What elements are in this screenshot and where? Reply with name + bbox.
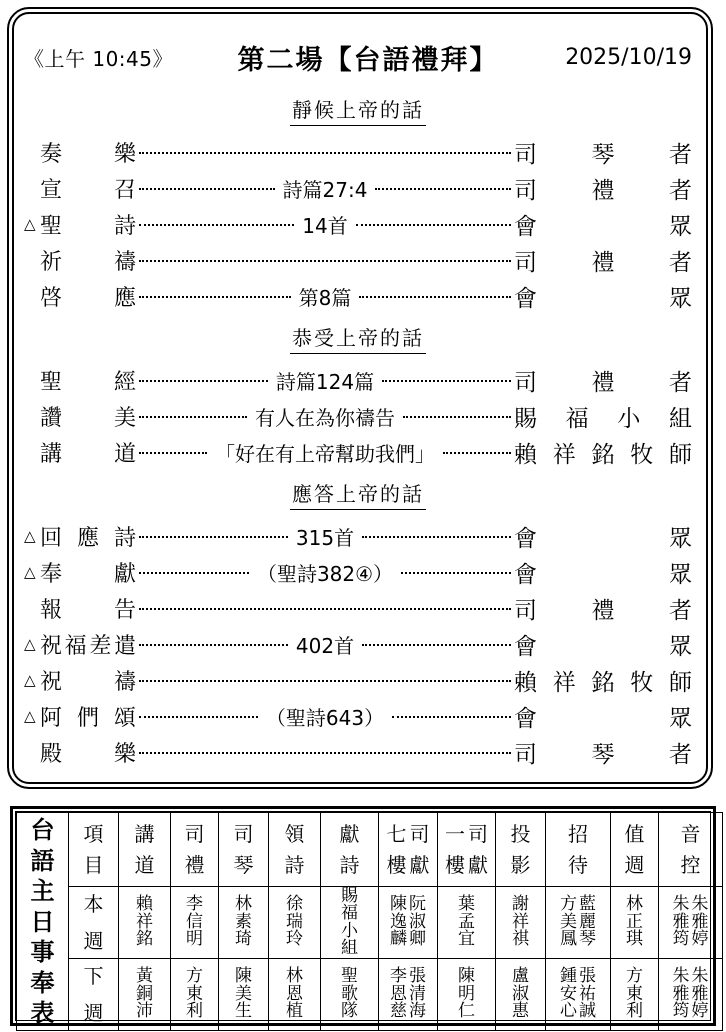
duty-cell-names: 方東利	[611, 968, 658, 1021]
section-heading: 應答上帝的話	[290, 478, 426, 510]
program-item-label-char: 奏	[40, 137, 62, 168]
section-heading-row: 恭受上帝的話	[24, 314, 692, 362]
service-time: 《上午 10:45》	[24, 43, 194, 72]
program-item-assignee-char: 會	[514, 280, 537, 313]
program-item-label-char: 樂	[114, 737, 136, 768]
program-item-label-char: 道	[114, 437, 136, 468]
duty-cell: 方東利	[171, 959, 219, 1031]
program-box: 《上午 10:45》 第二場【台語禮拜】 2025/10/19 靜候上帝的話奏樂…	[7, 7, 713, 789]
duty-header-label: 招待	[546, 819, 610, 881]
duty-table: 台語主日事奉表項目講道司禮司琴領詩獻詩七樓司獻一樓司獻投影招待值週音控本週賴祥銘…	[16, 812, 723, 1031]
duty-header-char: 音	[681, 819, 701, 850]
program-line-middle: （聖詩382④）	[136, 558, 514, 587]
duty-header-label-col: 招待	[568, 819, 588, 881]
duty-person-name: 賴祥銘	[136, 896, 153, 949]
program-item-label-char: 禱	[114, 245, 136, 276]
duty-cell-names: 林素琦	[219, 896, 268, 949]
program-item-label-char: 美	[114, 401, 136, 432]
duty-cell-names: 陳美生	[219, 968, 268, 1021]
program-item-label: 聖詩	[40, 209, 136, 240]
dotted-leader	[401, 572, 511, 574]
dotted-leader	[139, 380, 268, 382]
program-item-label-char: 阿	[40, 701, 62, 732]
duty-cell-names: 黃銅沛	[119, 968, 170, 1021]
duty-header-char: 控	[681, 850, 701, 881]
program-item-assignee-char: 者	[669, 172, 692, 205]
program-item-label: 聖經	[40, 365, 136, 396]
program-line-middle: 詩篇27:4	[136, 174, 514, 203]
program-item-label: 祈禱	[40, 245, 136, 276]
duty-header-cell: 司琴	[219, 813, 269, 887]
duty-cell: 謝祥祺	[496, 887, 546, 959]
program-item-label-char: 詩	[114, 209, 136, 240]
duty-person-name: 李恩慈	[390, 968, 407, 1021]
duty-header-label-col: 領詩	[285, 819, 305, 881]
program-item-assignee: 司禮者	[514, 172, 692, 205]
program-item-label-char: 經	[114, 365, 136, 396]
duty-person-name-char: 植	[286, 1003, 303, 1021]
duty-row-label-char: 週	[84, 931, 104, 951]
duty-header-char: 司	[410, 819, 430, 850]
duty-cell-names: 藍麗琴方美鳳	[546, 896, 610, 949]
duty-person-name-char: 福	[341, 905, 358, 923]
duty-header-label-col: 音控	[681, 819, 701, 881]
duty-header-cell: 領詩	[269, 813, 321, 887]
duty-table-box-inner: 台語主日事奉表項目講道司禮司琴領詩獻詩七樓司獻一樓司獻投影招待值週音控本週賴祥銘…	[15, 811, 711, 1021]
duty-person-name: 方美鳳	[560, 896, 577, 949]
program-item-label-char: 召	[114, 173, 136, 204]
dotted-leader	[356, 224, 511, 226]
duty-row-label-char: 下	[84, 966, 104, 986]
duty-header-char: 琴	[234, 850, 254, 881]
program-item-assignee-char: 眾	[669, 556, 692, 589]
program-item-label-char: 祝	[40, 665, 62, 696]
dotted-leader	[375, 188, 511, 190]
program-item-detail: 詩篇27:4	[278, 174, 373, 203]
duty-person-name: 方東利	[186, 968, 203, 1021]
program-item-label: 奉獻	[40, 557, 136, 588]
program-item-assignee-char: 會	[514, 628, 537, 661]
program-header: 《上午 10:45》 第二場【台語禮拜】 2025/10/19	[24, 28, 692, 86]
duty-person-name: 朱雅婷	[692, 896, 709, 949]
program-item-assignee-char: 牧	[630, 436, 653, 469]
program-item-assignee-char: 司	[514, 736, 537, 769]
duty-header-label: 項目	[69, 819, 118, 881]
program-item-label: 回應詩	[40, 521, 136, 552]
dotted-leader	[139, 452, 207, 454]
duty-person-name-char: 婷	[692, 931, 709, 949]
duty-cell: 朱雅婷朱雅筠	[659, 959, 723, 1031]
program-item-assignee-char: 會	[514, 700, 537, 733]
program-item-assignee: 司禮者	[514, 244, 692, 277]
program-item-label-char: 聖	[40, 365, 62, 396]
program-item-label-char: 詩	[114, 521, 136, 552]
program-line: 祈禱司禮者	[24, 242, 692, 278]
program-item-assignee: 賴祥銘牧師	[514, 664, 692, 697]
duty-header-char: 獻	[468, 850, 488, 881]
duty-header-cell: 招待	[546, 813, 611, 887]
duty-cell: 李信明	[171, 887, 219, 959]
duty-header-char: 目	[84, 850, 104, 881]
duty-cell-names: 賜福小組	[321, 888, 378, 958]
program-line: 講道「好在有上帝幫助我們」賴祥銘牧師	[24, 434, 692, 470]
duty-person-name-char: 銘	[136, 931, 153, 949]
duty-header-label: 七樓司獻	[379, 819, 437, 881]
duty-row-label-cell: 本週	[69, 887, 119, 959]
duty-cell: 林正琪	[611, 887, 659, 959]
program-item-assignee: 賴祥銘牧師	[514, 436, 692, 469]
program-line-middle	[136, 607, 514, 609]
duty-person-name: 聖歌隊	[341, 968, 358, 1021]
program-item-label-char: 告	[114, 593, 136, 624]
program-line: 聖經詩篇124篇司禮者	[24, 362, 692, 398]
duty-header-cell: 七樓司獻	[379, 813, 438, 887]
duty-header-label-col: 司禮	[185, 819, 205, 881]
duty-cell-names: 方東利	[171, 968, 218, 1021]
program-item-assignee-char: 師	[669, 664, 692, 697]
program-line-middle: 315首	[136, 522, 514, 551]
duty-header-cell: 獻詩	[321, 813, 379, 887]
duty-table-title-char: 主	[31, 879, 55, 903]
program-item-label: 祝福差遣	[40, 629, 136, 660]
dotted-leader	[139, 716, 258, 718]
program-item-assignee-char: 組	[669, 400, 692, 433]
program-item-label-char: 聖	[40, 209, 62, 240]
duty-table-title-char: 語	[31, 849, 55, 873]
program-item-detail: 詩篇124篇	[271, 366, 379, 395]
duty-cell-names: 聖歌隊	[321, 968, 378, 1021]
dotted-leader	[139, 644, 288, 646]
program-item-label: 報告	[40, 593, 136, 624]
duty-header-label-col: 講道	[135, 819, 155, 881]
program-item-label-char: 啓	[40, 281, 62, 312]
program-item-assignee-char: 眾	[669, 520, 692, 553]
duty-cell-names: 賴祥銘	[119, 896, 170, 949]
duty-person-name: 陳美生	[235, 968, 252, 1021]
duty-cell-names: 阮淑卿陳逸麟	[379, 896, 437, 949]
program-line-middle: 有人在為你禱告	[136, 402, 514, 431]
duty-person-name-char: 婷	[692, 1003, 709, 1021]
duty-header-label: 司琴	[219, 819, 268, 881]
congregation-stand-mark: △	[24, 563, 40, 581]
program-item-assignee: 司琴者	[514, 136, 692, 169]
program-item-assignee-char: 賴	[514, 664, 537, 697]
program-item-assignee: 會眾	[514, 280, 692, 313]
duty-header-char: 週	[625, 850, 645, 881]
program-item-assignee-char: 司	[514, 364, 537, 397]
program-item-label-char: 奉	[40, 557, 62, 588]
program-item-label-char: 福	[65, 629, 87, 660]
program-item-detail: （聖詩382④）	[252, 558, 398, 587]
service-date: 2025/10/19	[542, 45, 692, 70]
duty-data-row: 本週賴祥銘李信明林素琦徐瑞玲賜福小組阮淑卿陳逸麟葉孟宜謝祥祺藍麗琴方美鳳林正琪朱…	[17, 887, 723, 959]
duty-header-cell: 司禮	[171, 813, 219, 887]
duty-header-label: 值週	[611, 819, 658, 881]
program-line-middle	[136, 679, 514, 681]
program-item-label-char: 宣	[40, 173, 62, 204]
duty-header-label-col: 投影	[511, 819, 531, 881]
duty-cell: 徐瑞玲	[269, 887, 321, 959]
program-item-assignee-char: 者	[669, 364, 692, 397]
duty-header-cell: 講道	[119, 813, 171, 887]
program-line: △祝福差遣402首會眾	[24, 626, 692, 662]
program-item-label-char: 禱	[114, 665, 136, 696]
dotted-leader	[139, 680, 511, 682]
program-box-inner: 《上午 10:45》 第二場【台語禮拜】 2025/10/19 靜候上帝的話奏樂…	[12, 12, 708, 784]
duty-header-char: 七	[387, 819, 407, 850]
program-item-assignee-char: 琴	[592, 136, 615, 169]
program-item-label-char: 差	[89, 629, 111, 660]
duty-person-name-char: 惠	[512, 1003, 529, 1021]
duty-header-label: 司禮	[171, 819, 218, 881]
duty-person-name-char: 麟	[390, 931, 407, 949]
program-section: 恭受上帝的話聖經詩篇124篇司禮者讚美有人在為你禱告賜福小組講道「好在有上帝幫助…	[24, 314, 692, 470]
duty-person-name: 朱雅筠	[673, 896, 690, 949]
section-heading: 恭受上帝的話	[290, 322, 426, 354]
duty-cell: 阮淑卿陳逸麟	[379, 887, 438, 959]
duty-cell-names: 盧淑惠	[496, 968, 545, 1021]
program-line-middle: 402首	[136, 630, 514, 659]
duty-row-label: 下週	[69, 959, 118, 1030]
program-item-assignee-char: 銘	[592, 664, 615, 697]
congregation-stand-mark: △	[24, 671, 40, 689]
program-line: 奏樂司琴者	[24, 134, 692, 170]
congregation-stand-mark: △	[24, 215, 40, 233]
duty-header-label-col: 項目	[84, 819, 104, 881]
dotted-leader	[139, 572, 249, 574]
program-item-assignee-char: 者	[669, 736, 692, 769]
dotted-leader	[392, 716, 511, 718]
duty-header-char: 司	[468, 819, 488, 850]
program-line-middle: 第8篇	[136, 282, 514, 311]
duty-header-char: 道	[135, 850, 155, 881]
duty-person-name-char: 隊	[341, 1003, 358, 1021]
duty-header-cell: 音控	[659, 813, 723, 887]
duty-header-label-col: 司琴	[234, 819, 254, 881]
program-line: △祝禱賴祥銘牧師	[24, 662, 692, 698]
duty-header-char: 詩	[340, 850, 360, 881]
program-item-label-char: 殿	[40, 737, 62, 768]
duty-person-name-char: 琪	[626, 931, 643, 949]
program-item-label-char: 祈	[40, 245, 62, 276]
duty-header-label: 投影	[496, 819, 545, 881]
program-item-assignee: 會眾	[514, 520, 692, 553]
duty-cell: 賴祥銘	[119, 887, 171, 959]
duty-row-label-char: 本	[84, 894, 104, 914]
program-item-assignee-char: 禮	[592, 364, 615, 397]
congregation-stand-mark: △	[24, 707, 40, 725]
program-item-label-char: 回	[40, 521, 62, 552]
program-item-label: 殿樂	[40, 737, 136, 768]
program-line: 殿樂司琴者	[24, 734, 692, 770]
duty-person-name-char: 筠	[673, 931, 690, 949]
duty-person-name: 阮淑卿	[409, 896, 426, 949]
duty-person-name-char: 琦	[235, 931, 252, 949]
duty-person-name-char: 利	[186, 1003, 203, 1021]
program-line-middle: 「好在有上帝幫助我們」	[136, 438, 514, 467]
duty-person-name: 陳逸麟	[390, 896, 407, 949]
program-item-label-char: 們	[77, 701, 99, 732]
program-item-assignee-char: 賴	[514, 436, 537, 469]
program-item-assignee-char: 禮	[592, 244, 615, 277]
duty-row-label-cell: 下週	[69, 959, 119, 1031]
program-line-middle	[136, 151, 514, 153]
program-item-detail: （聖詩643）	[261, 702, 389, 731]
duty-cell: 朱雅婷朱雅筠	[659, 887, 723, 959]
program-item-label: 讚美	[40, 401, 136, 432]
program-item-label-char: 講	[40, 437, 62, 468]
duty-header-label: 一樓司獻	[438, 819, 495, 881]
program-item-label-char: 獻	[114, 557, 136, 588]
program-item-label: 宣召	[40, 173, 136, 204]
duty-header-char: 樓	[445, 850, 465, 881]
dotted-leader	[139, 296, 291, 298]
duty-header-cell: 項目	[69, 813, 119, 887]
duty-cell: 林素琦	[219, 887, 269, 959]
dotted-leader	[403, 416, 511, 418]
duty-header-label: 講道	[119, 819, 170, 881]
program-line-middle: 詩篇124篇	[136, 366, 514, 395]
duty-person-name-char: 鳳	[560, 931, 577, 949]
duty-cell: 賜福小組	[321, 887, 379, 959]
duty-person-name-char: 組	[341, 940, 358, 958]
program-item-detail: 第8篇	[294, 282, 357, 311]
dotted-leader	[443, 452, 511, 454]
duty-person-name-char: 卿	[409, 931, 426, 949]
duty-table-box: 台語主日事奉表項目講道司禮司琴領詩獻詩七樓司獻一樓司獻投影招待值週音控本週賴祥銘…	[10, 806, 716, 1026]
program-item-label-char: 頌	[114, 701, 136, 732]
duty-person-name: 藍麗琴	[579, 896, 596, 949]
program-item-assignee-char: 祥	[553, 664, 576, 697]
duty-person-name: 陳明仁	[458, 968, 475, 1021]
duty-person-name-char: 宜	[458, 931, 475, 949]
duty-header-label: 領詩	[269, 819, 320, 881]
duty-header-cell: 投影	[496, 813, 546, 887]
duty-cell-names: 葉孟宜	[438, 896, 495, 949]
program-item-assignee-char: 祥	[553, 436, 576, 469]
program-item-assignee: 會眾	[514, 556, 692, 589]
program-item-assignee-char: 眾	[669, 208, 692, 241]
program-item-label: 講道	[40, 437, 136, 468]
duty-header-label-col: 值週	[625, 819, 645, 881]
program-item-assignee-char: 會	[514, 556, 537, 589]
section-heading: 靜候上帝的話	[290, 94, 426, 126]
program-line: △奉獻（聖詩382④）會眾	[24, 554, 692, 590]
duty-person-name: 葉孟宜	[458, 896, 475, 949]
duty-cell-names: 陳明仁	[438, 968, 495, 1021]
program-item-assignee-char: 眾	[669, 280, 692, 313]
dotted-leader	[139, 608, 511, 610]
dotted-leader	[139, 152, 511, 154]
duty-header-char: 領	[285, 819, 305, 850]
duty-header-label-col: 七樓	[387, 819, 407, 881]
program-item-assignee: 司禮者	[514, 364, 692, 397]
program-item-detail: 有人在為你禱告	[250, 402, 400, 431]
duty-person-name: 方東利	[626, 968, 643, 1021]
duty-person-name: 林恩植	[286, 968, 303, 1021]
program-line-middle	[136, 751, 514, 753]
duty-cell: 盧淑惠	[496, 959, 546, 1031]
program-line-middle: 14首	[136, 210, 514, 239]
program-item-assignee-char: 銘	[592, 436, 615, 469]
dotted-leader	[362, 644, 511, 646]
program-item-label-char: 樂	[114, 137, 136, 168]
program-line-middle	[136, 259, 514, 261]
duty-person-name: 謝祥祺	[512, 896, 529, 949]
duty-header-char: 招	[568, 819, 588, 850]
program-item-detail: 14首	[297, 210, 352, 239]
duty-header-char: 投	[511, 819, 531, 850]
congregation-stand-mark: △	[24, 527, 40, 545]
program-item-assignee-char: 牧	[630, 664, 653, 697]
duty-header-label-col: 司獻	[468, 819, 488, 881]
duty-cell: 陳明仁	[438, 959, 496, 1031]
duty-table-title-char: 事	[31, 940, 55, 964]
program-item-assignee-char: 眾	[669, 628, 692, 661]
program-item-assignee-char: 賜	[514, 400, 537, 433]
duty-person-name-char: 玲	[286, 931, 303, 949]
program-item-assignee-char: 琴	[592, 736, 615, 769]
program-item-assignee-char: 司	[514, 592, 537, 625]
program-item-detail: 402首	[291, 630, 359, 659]
program-item-assignee-char: 禮	[592, 172, 615, 205]
duty-cell: 聖歌隊	[321, 959, 379, 1031]
program-item-assignee-char: 福	[566, 400, 589, 433]
duty-person-name-char: 祺	[512, 931, 529, 949]
duty-person-name-char: 沛	[136, 1003, 153, 1021]
duty-row-label: 本週	[69, 887, 118, 958]
duty-person-name: 朱雅婷	[692, 968, 709, 1021]
program-item-assignee-char: 眾	[669, 700, 692, 733]
duty-table-title-char: 表	[31, 1001, 55, 1025]
duty-header-label: 獻詩	[321, 819, 378, 881]
program-item-assignee-char: 禮	[592, 592, 615, 625]
duty-cell-names: 張祐誠鍾安心	[546, 968, 610, 1021]
duty-person-name-char: 筠	[673, 1003, 690, 1021]
duty-header-cell: 值週	[611, 813, 659, 887]
duty-header-char: 講	[135, 819, 155, 850]
duty-cell-names: 朱雅婷朱雅筠	[659, 896, 722, 949]
duty-cell: 陳美生	[219, 959, 269, 1031]
dotted-leader	[382, 380, 511, 382]
program-item-assignee-char: 小	[617, 400, 640, 433]
duty-person-name-char: 仁	[458, 1003, 475, 1021]
program-line: 讚美有人在為你禱告賜福小組	[24, 398, 692, 434]
duty-cell: 方東利	[611, 959, 659, 1031]
duty-person-name: 盧淑惠	[512, 968, 529, 1021]
duty-person-name: 張清海	[409, 968, 426, 1021]
duty-data-row: 下週黃銅沛方東利陳美生林恩植聖歌隊張清海李恩慈陳明仁盧淑惠張祐誠鍾安心方東利朱雅…	[17, 959, 723, 1031]
duty-header-char: 獻	[410, 850, 430, 881]
duty-header-char: 詩	[285, 850, 305, 881]
dotted-leader	[139, 752, 511, 754]
duty-cell-names: 張清海李恩慈	[379, 968, 437, 1021]
duty-row-label-char: 週	[84, 1003, 104, 1023]
duty-person-name: 鍾安心	[560, 968, 577, 1021]
duty-cell: 黃銅沛	[119, 959, 171, 1031]
duty-table-title-char: 日	[31, 910, 55, 934]
duty-cell-names: 李信明	[171, 896, 218, 949]
duty-person-name-char: 慈	[390, 1003, 407, 1021]
program-item-label: 奏樂	[40, 137, 136, 168]
program-item-label-char: 祝	[40, 629, 62, 660]
duty-cell-names: 林正琪	[611, 896, 658, 949]
program-item-assignee-char: 會	[514, 520, 537, 553]
duty-person-name-char: 生	[235, 1003, 252, 1021]
program-item-detail: 「好在有上帝幫助我們」	[210, 438, 440, 467]
program-item-label: 祝禱	[40, 665, 136, 696]
duty-table-title: 台語主日事奉表	[17, 813, 68, 1030]
